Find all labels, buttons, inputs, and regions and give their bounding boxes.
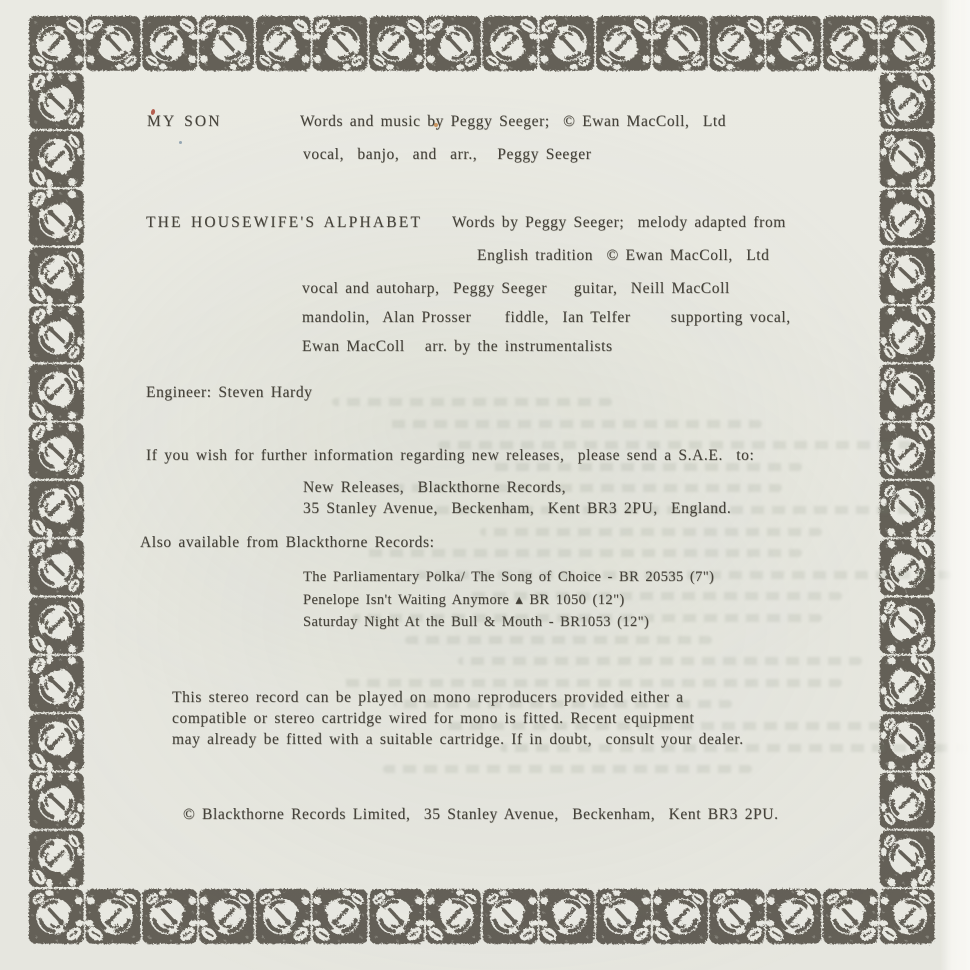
showthrough-line xyxy=(480,528,822,536)
scan-edge xyxy=(940,0,970,970)
info-request: If you wish for further information rega… xyxy=(146,447,754,465)
showthrough-line xyxy=(383,765,752,773)
engineer-line: Engineer: Steven Hardy xyxy=(146,384,313,402)
showthrough-line xyxy=(458,657,862,665)
housewife-credits-2: English tradition © Ewan MacColl, Ltd xyxy=(477,247,770,265)
my-son-performers: vocal, banjo, and arr., Peggy Seeger xyxy=(303,146,592,164)
record-sleeve-back: MY SONWords and music by Peggy Seeger; ©… xyxy=(0,0,970,970)
address-line-2: 35 Stanley Avenue, Beckenham, Kent BR3 2… xyxy=(303,500,731,518)
housewife-title: THE HOUSEWIFE'S ALPHABET xyxy=(146,214,422,232)
also-available-heading: Also available from Blackthorne Records: xyxy=(140,534,435,552)
copyright-notice: © Blackthorne Records Limited, 35 Stanle… xyxy=(183,806,779,824)
showthrough-line xyxy=(385,420,762,428)
mono-notice-3: may already be fitted with a suitable ca… xyxy=(172,731,744,749)
release-item-1: The Parliamentary Polka/ The Song of Cho… xyxy=(303,569,714,586)
housewife-performers-2: mandolin, Alan Prosser fiddle, Ian Telfe… xyxy=(302,309,791,327)
blue-ink-speck xyxy=(179,141,182,144)
address-line-1: New Releases, Blackthorne Records, xyxy=(303,479,566,497)
my-son-credits: Words and music by Peggy Seeger; © Ewan … xyxy=(300,113,726,131)
housewife-performers-3: Ewan MacColl arr. by the instrumentalist… xyxy=(302,338,613,356)
housewife-performers-1: vocal and autoharp, Peggy Seeger guitar,… xyxy=(302,280,730,298)
mono-notice-1: This stereo record can be played on mono… xyxy=(172,689,684,707)
showthrough-line xyxy=(332,398,612,406)
release-item-2: Penelope Isn't Waiting Anymore ▴ BR 1050… xyxy=(303,592,625,609)
my-son-title: MY SON xyxy=(147,113,222,131)
showthrough-line xyxy=(341,679,842,687)
showthrough-line xyxy=(405,636,712,644)
mono-notice-2: compatible or stereo cartridge wired for… xyxy=(172,710,694,728)
orange-ink-speck xyxy=(434,123,438,127)
release-item-3: Saturday Night At the Bull & Mouth - BR1… xyxy=(303,614,649,631)
housewife-credits-1: Words by Peggy Seeger; melody adapted fr… xyxy=(452,214,786,232)
